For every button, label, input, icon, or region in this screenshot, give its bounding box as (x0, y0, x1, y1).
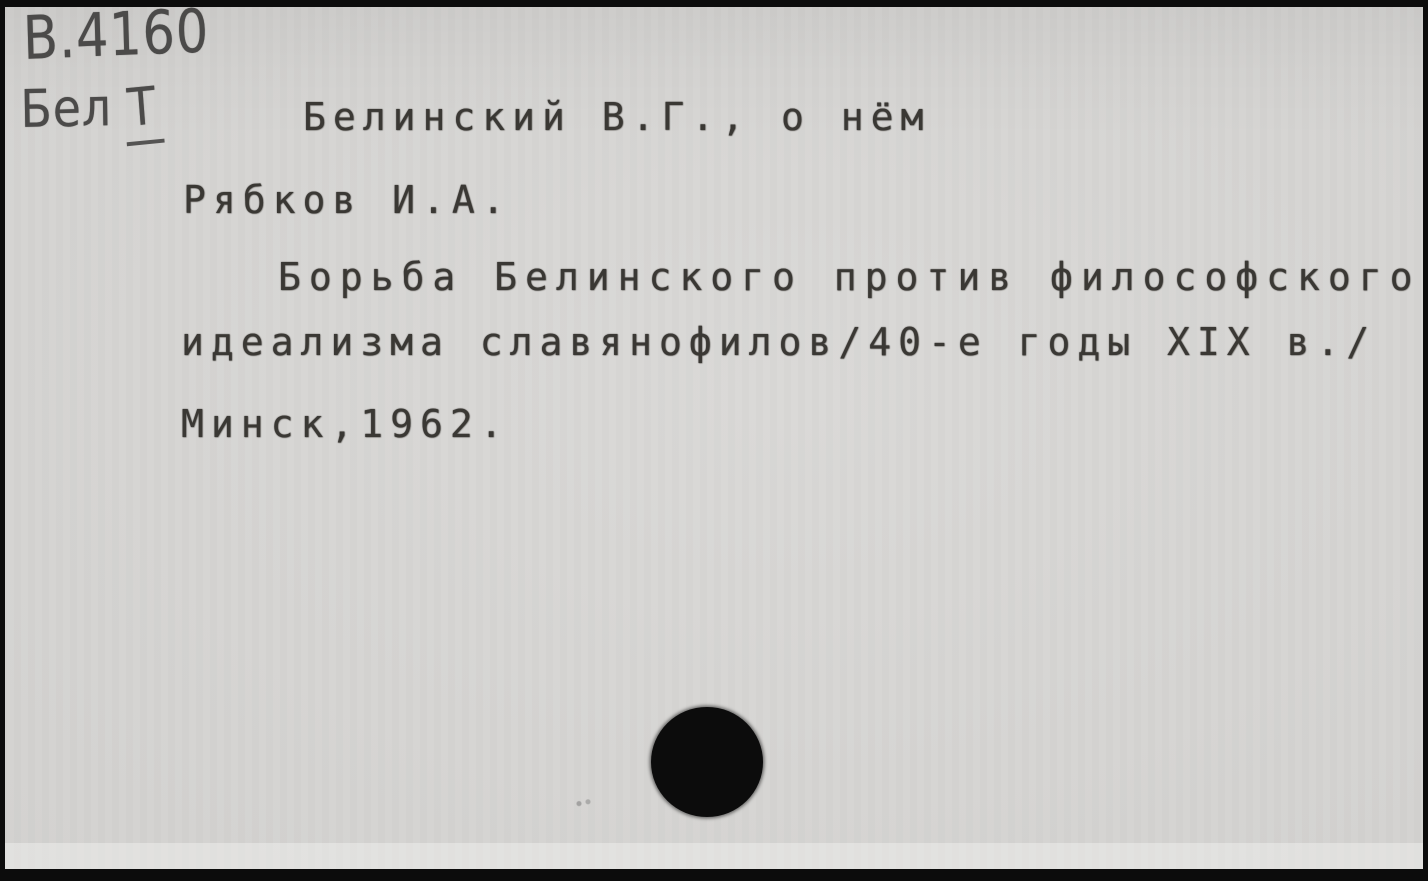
scan-edge-right (1423, 0, 1428, 881)
imprint-line: Минск,1962. (181, 402, 510, 446)
title-line-1: Борьба Белинского против философского (278, 255, 1420, 299)
subject-heading: Белинский В.Г., о нём (303, 95, 930, 139)
author-line: Рябков И.А. (183, 178, 512, 222)
shelf-mark-classification: БелТ (20, 77, 162, 147)
catalog-card-scan: В.4160 БелТ Белинский В.Г., о нём Рябков… (0, 0, 1428, 881)
scan-edge-bottom (0, 869, 1428, 881)
scan-edge-top (0, 0, 1428, 7)
shelf-mark-classification-prefix: Бел (20, 78, 112, 140)
title-line-2: идеализма славянофилов/40-е годы XIX в./ (181, 320, 1376, 364)
hole-punch-dot (651, 707, 763, 817)
shelf-mark-classification-suffix: Т (122, 76, 165, 146)
shelf-mark-call-number: В.4160 (22, 0, 210, 74)
card-bottom-edge-highlight (5, 843, 1423, 869)
smudge-mark (574, 797, 594, 809)
scan-edge-left (0, 0, 5, 881)
